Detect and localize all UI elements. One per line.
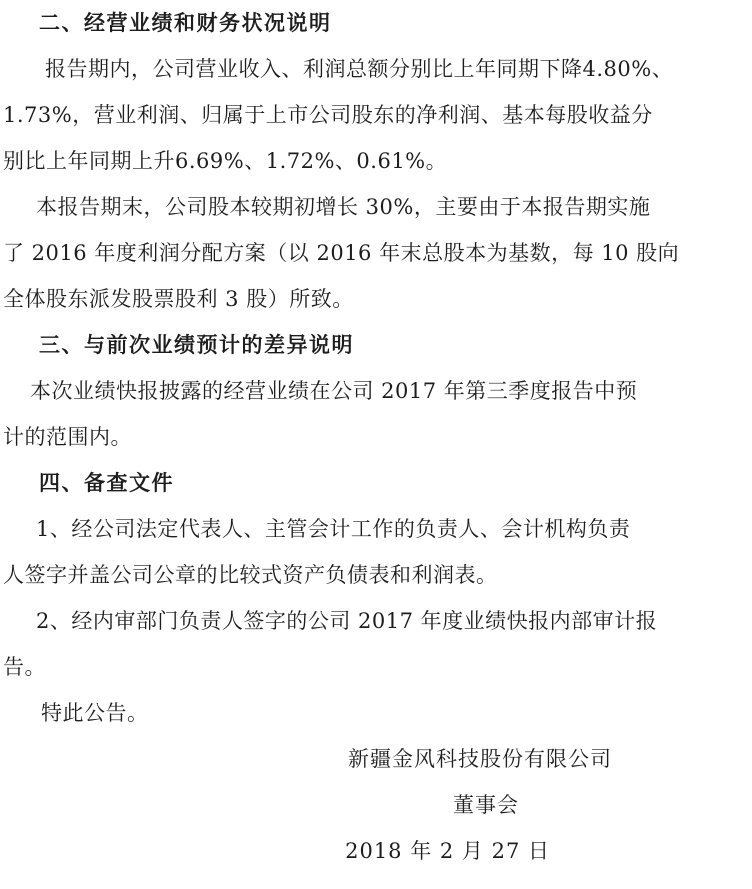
signature-board-of-directors: 董事会	[3, 782, 622, 828]
section-heading-business-performance: 二、经营业绩和财务状况说明	[3, 0, 622, 46]
paragraph-line: 计的范围内。	[3, 414, 622, 460]
paragraph-revenue-profit-changes: 报告期内，公司营业收入、利润总额分别比上年同期下降4.80%、 1.73%，营业…	[3, 46, 622, 184]
closing-announcement-note: 特此公告。	[3, 690, 622, 736]
signature-block: 新疆金风科技股份有限公司 董事会 2018 年 2 月 27 日	[3, 736, 622, 874]
paragraph-line: 告。	[3, 644, 622, 690]
paragraph-share-capital-increase: 本报告期末，公司股本较期初增长 30%，主要由于本报告期实施 了 2016 年度…	[3, 184, 622, 322]
paragraph-forecast-range: 本次业绩快报披露的经营业绩在公司 2017 年第三季度报告中预 计的范围内。	[3, 368, 622, 460]
list-item-balance-sheet-income-statement: 1、经公司法定代表人、主管会计工作的负责人、会计机构负责 人签字并盖公司公章的比…	[3, 506, 622, 598]
paragraph-line: 全体股东派发股票股利 3 股）所致。	[3, 276, 622, 322]
section-heading-reference-documents: 四、备查文件	[3, 460, 622, 506]
signature-company-name: 新疆金风科技股份有限公司	[3, 736, 622, 782]
announcement-document-page: 二、经营业绩和财务状况说明 报告期内，公司营业收入、利润总额分别比上年同期下降4…	[0, 0, 752, 889]
paragraph-line: 别比上年同期上升6.69%、1.72%、0.61%。	[3, 138, 622, 184]
section-heading-forecast-difference: 三、与前次业绩预计的差异说明	[3, 322, 622, 368]
paragraph-line: 本次业绩快报披露的经营业绩在公司 2017 年第三季度报告中预	[3, 368, 622, 414]
paragraph-line: 1.73%，营业利润、归属于上市公司股东的净利润、基本每股收益分	[3, 92, 622, 138]
paragraph-line: 人签字并盖公司公章的比较式资产负债表和利润表。	[3, 552, 622, 598]
paragraph-line: 本报告期末，公司股本较期初增长 30%，主要由于本报告期实施	[3, 184, 622, 230]
paragraph-line: 1、经公司法定代表人、主管会计工作的负责人、会计机构负责	[3, 506, 622, 552]
paragraph-line: 2、经内审部门负责人签字的公司 2017 年度业绩快报内部审计报	[3, 598, 622, 644]
paragraph-line: 了 2016 年度利润分配方案（以 2016 年末总股本为基数，每 10 股向	[3, 230, 622, 276]
list-item-internal-audit-report: 2、经内审部门负责人签字的公司 2017 年度业绩快报内部审计报 告。	[3, 598, 622, 690]
signature-date: 2018 年 2 月 27 日	[3, 828, 622, 874]
paragraph-line: 报告期内，公司营业收入、利润总额分别比上年同期下降4.80%、	[3, 46, 622, 92]
